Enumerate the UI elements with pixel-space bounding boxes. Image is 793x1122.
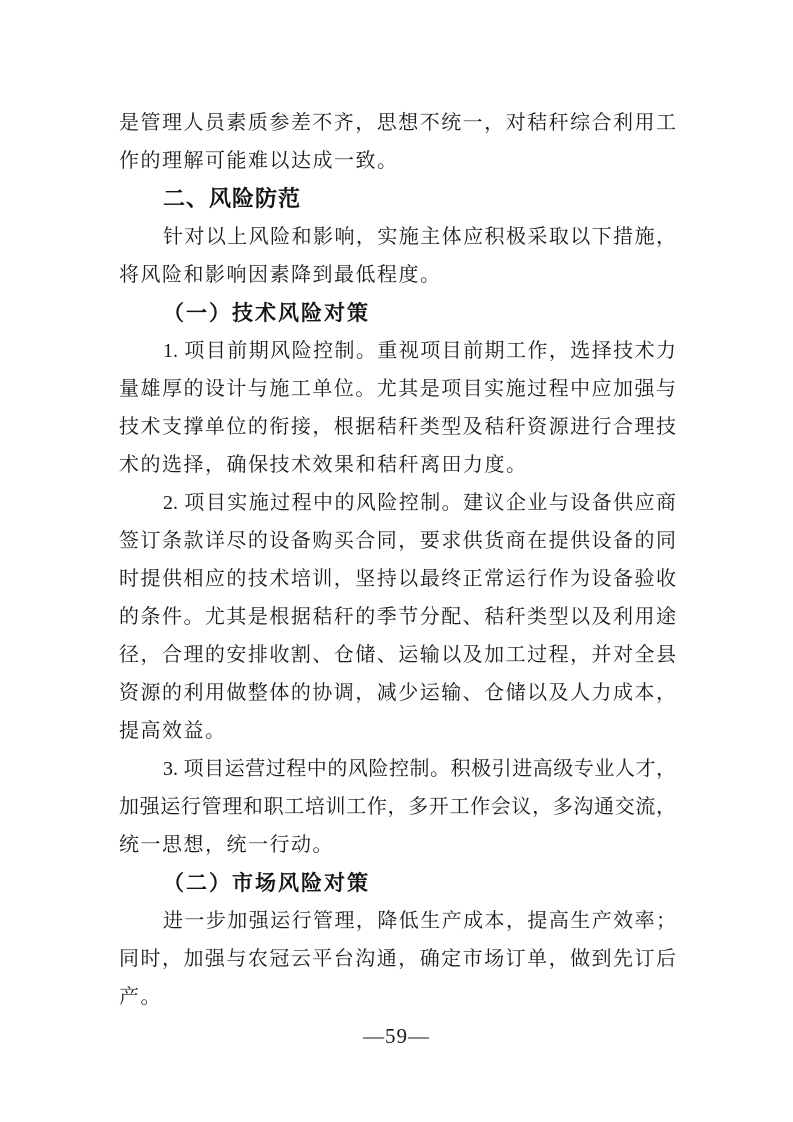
text-line: 提高效益。 [119, 712, 676, 750]
page-body: 是管理人员素质参差不齐，思想不统一，对秸秆综合利用工作的理解可能难以达成一致。二… [119, 104, 676, 1016]
text-line: 统一思想，统一行动。 [119, 826, 676, 864]
text-line: 将风险和影响因素降到最低程度。 [119, 256, 676, 294]
text-line: 签订条款详尽的设备购买合同，要求供货商在提供设备的同 [119, 522, 676, 560]
text-line: 时提供相应的技术培训，坚持以最终正常运行作为设备验收 [119, 560, 676, 598]
text-line: 针对以上风险和影响，实施主体应积极采取以下措施， [119, 218, 676, 256]
text-line: 同时，加强与农冠云平台沟通，确定市场订单，做到先订后 [119, 940, 676, 978]
text-line: 进一步加强运行管理，降低生产成本，提高生产效率； [119, 902, 676, 940]
subsection-heading: （一）技术风险对策 [119, 294, 676, 332]
page-number: —59— [0, 1022, 793, 1050]
text-line: 技术支撑单位的衔接，根据秸秆类型及秸秆资源进行合理技 [119, 408, 676, 446]
text-line: 产。 [119, 978, 676, 1016]
text-line: 径，合理的安排收割、仓储、运输以及加工过程，并对全县 [119, 636, 676, 674]
text-line: 术的选择，确保技术效果和秸秆离田力度。 [119, 446, 676, 484]
text-line: 加强运行管理和职工培训工作，多开工作会议，多沟通交流， [119, 788, 676, 826]
text-line: 3. 项目运营过程中的风险控制。积极引进高级专业人才， [119, 750, 676, 788]
text-line: 是管理人员素质参差不齐，思想不统一，对秸秆综合利用工 [119, 104, 676, 142]
text-line: 1. 项目前期风险控制。重视项目前期工作，选择技术力 [119, 332, 676, 370]
text-line: 作的理解可能难以达成一致。 [119, 142, 676, 180]
subsection-heading: （二）市场风险对策 [119, 864, 676, 902]
text-line: 资源的利用做整体的协调，减少运输、仓储以及人力成本， [119, 674, 676, 712]
document-page: 是管理人员素质参差不齐，思想不统一，对秸秆综合利用工作的理解可能难以达成一致。二… [0, 0, 793, 1122]
text-line: 的条件。尤其是根据秸秆的季节分配、秸秆类型以及利用途 [119, 598, 676, 636]
section-heading: 二、风险防范 [119, 180, 676, 218]
text-line: 2. 项目实施过程中的风险控制。建议企业与设备供应商 [119, 484, 676, 522]
text-line: 量雄厚的设计与施工单位。尤其是项目实施过程中应加强与 [119, 370, 676, 408]
